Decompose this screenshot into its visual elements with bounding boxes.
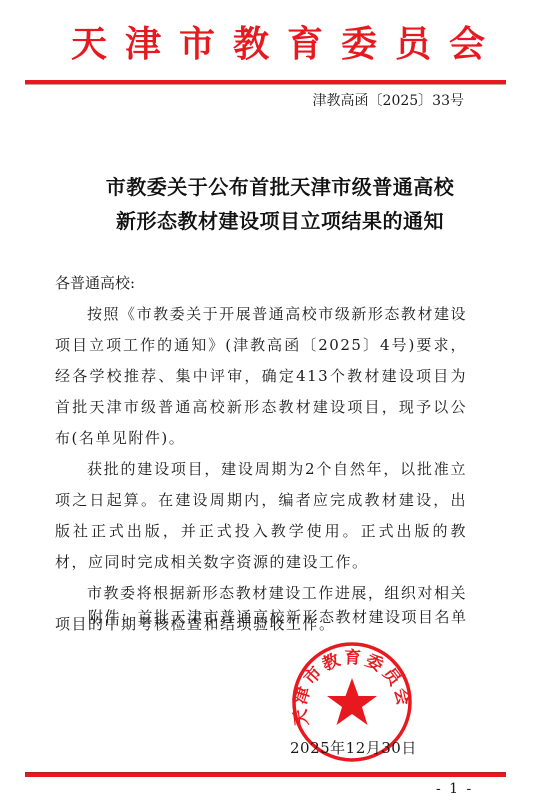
header-red-rule xyxy=(25,80,506,84)
footer-red-rule xyxy=(25,772,506,777)
document-body: 各普通高校: 按照《市教委关于开展普通高校市级新形态教材建设项目立项工作的通知》… xyxy=(55,268,467,640)
title-line-1: 市教委关于公布首批天津市级普通高校 xyxy=(0,170,560,204)
star-icon xyxy=(327,678,377,725)
document-number: 津教高函〔2025〕33号 xyxy=(313,91,464,111)
official-seal: 天津市教育委员会 xyxy=(290,640,414,764)
page-number: - 1 - xyxy=(436,780,473,798)
paragraph: 获批的建设项目，建设周期为2个自然年，以批准立项之日起算。在建设周期内，编者应完… xyxy=(55,454,467,578)
document-title: 市教委关于公布首批天津市级普通高校 新形态教材建设项目立项结果的通知 xyxy=(0,170,560,238)
salutation: 各普通高校: xyxy=(55,268,467,299)
title-line-2: 新形态教材建设项目立项结果的通知 xyxy=(0,204,560,238)
paragraph: 按照《市教委关于开展普通高校市级新形态教材建设项目立项工作的通知》(津教高函〔2… xyxy=(55,299,467,454)
issuer-masthead: 天津市教育委员会 xyxy=(0,22,560,66)
attachment-note: 附件：首批天津市普通高校新形态教材建设项目名单 xyxy=(88,605,468,629)
